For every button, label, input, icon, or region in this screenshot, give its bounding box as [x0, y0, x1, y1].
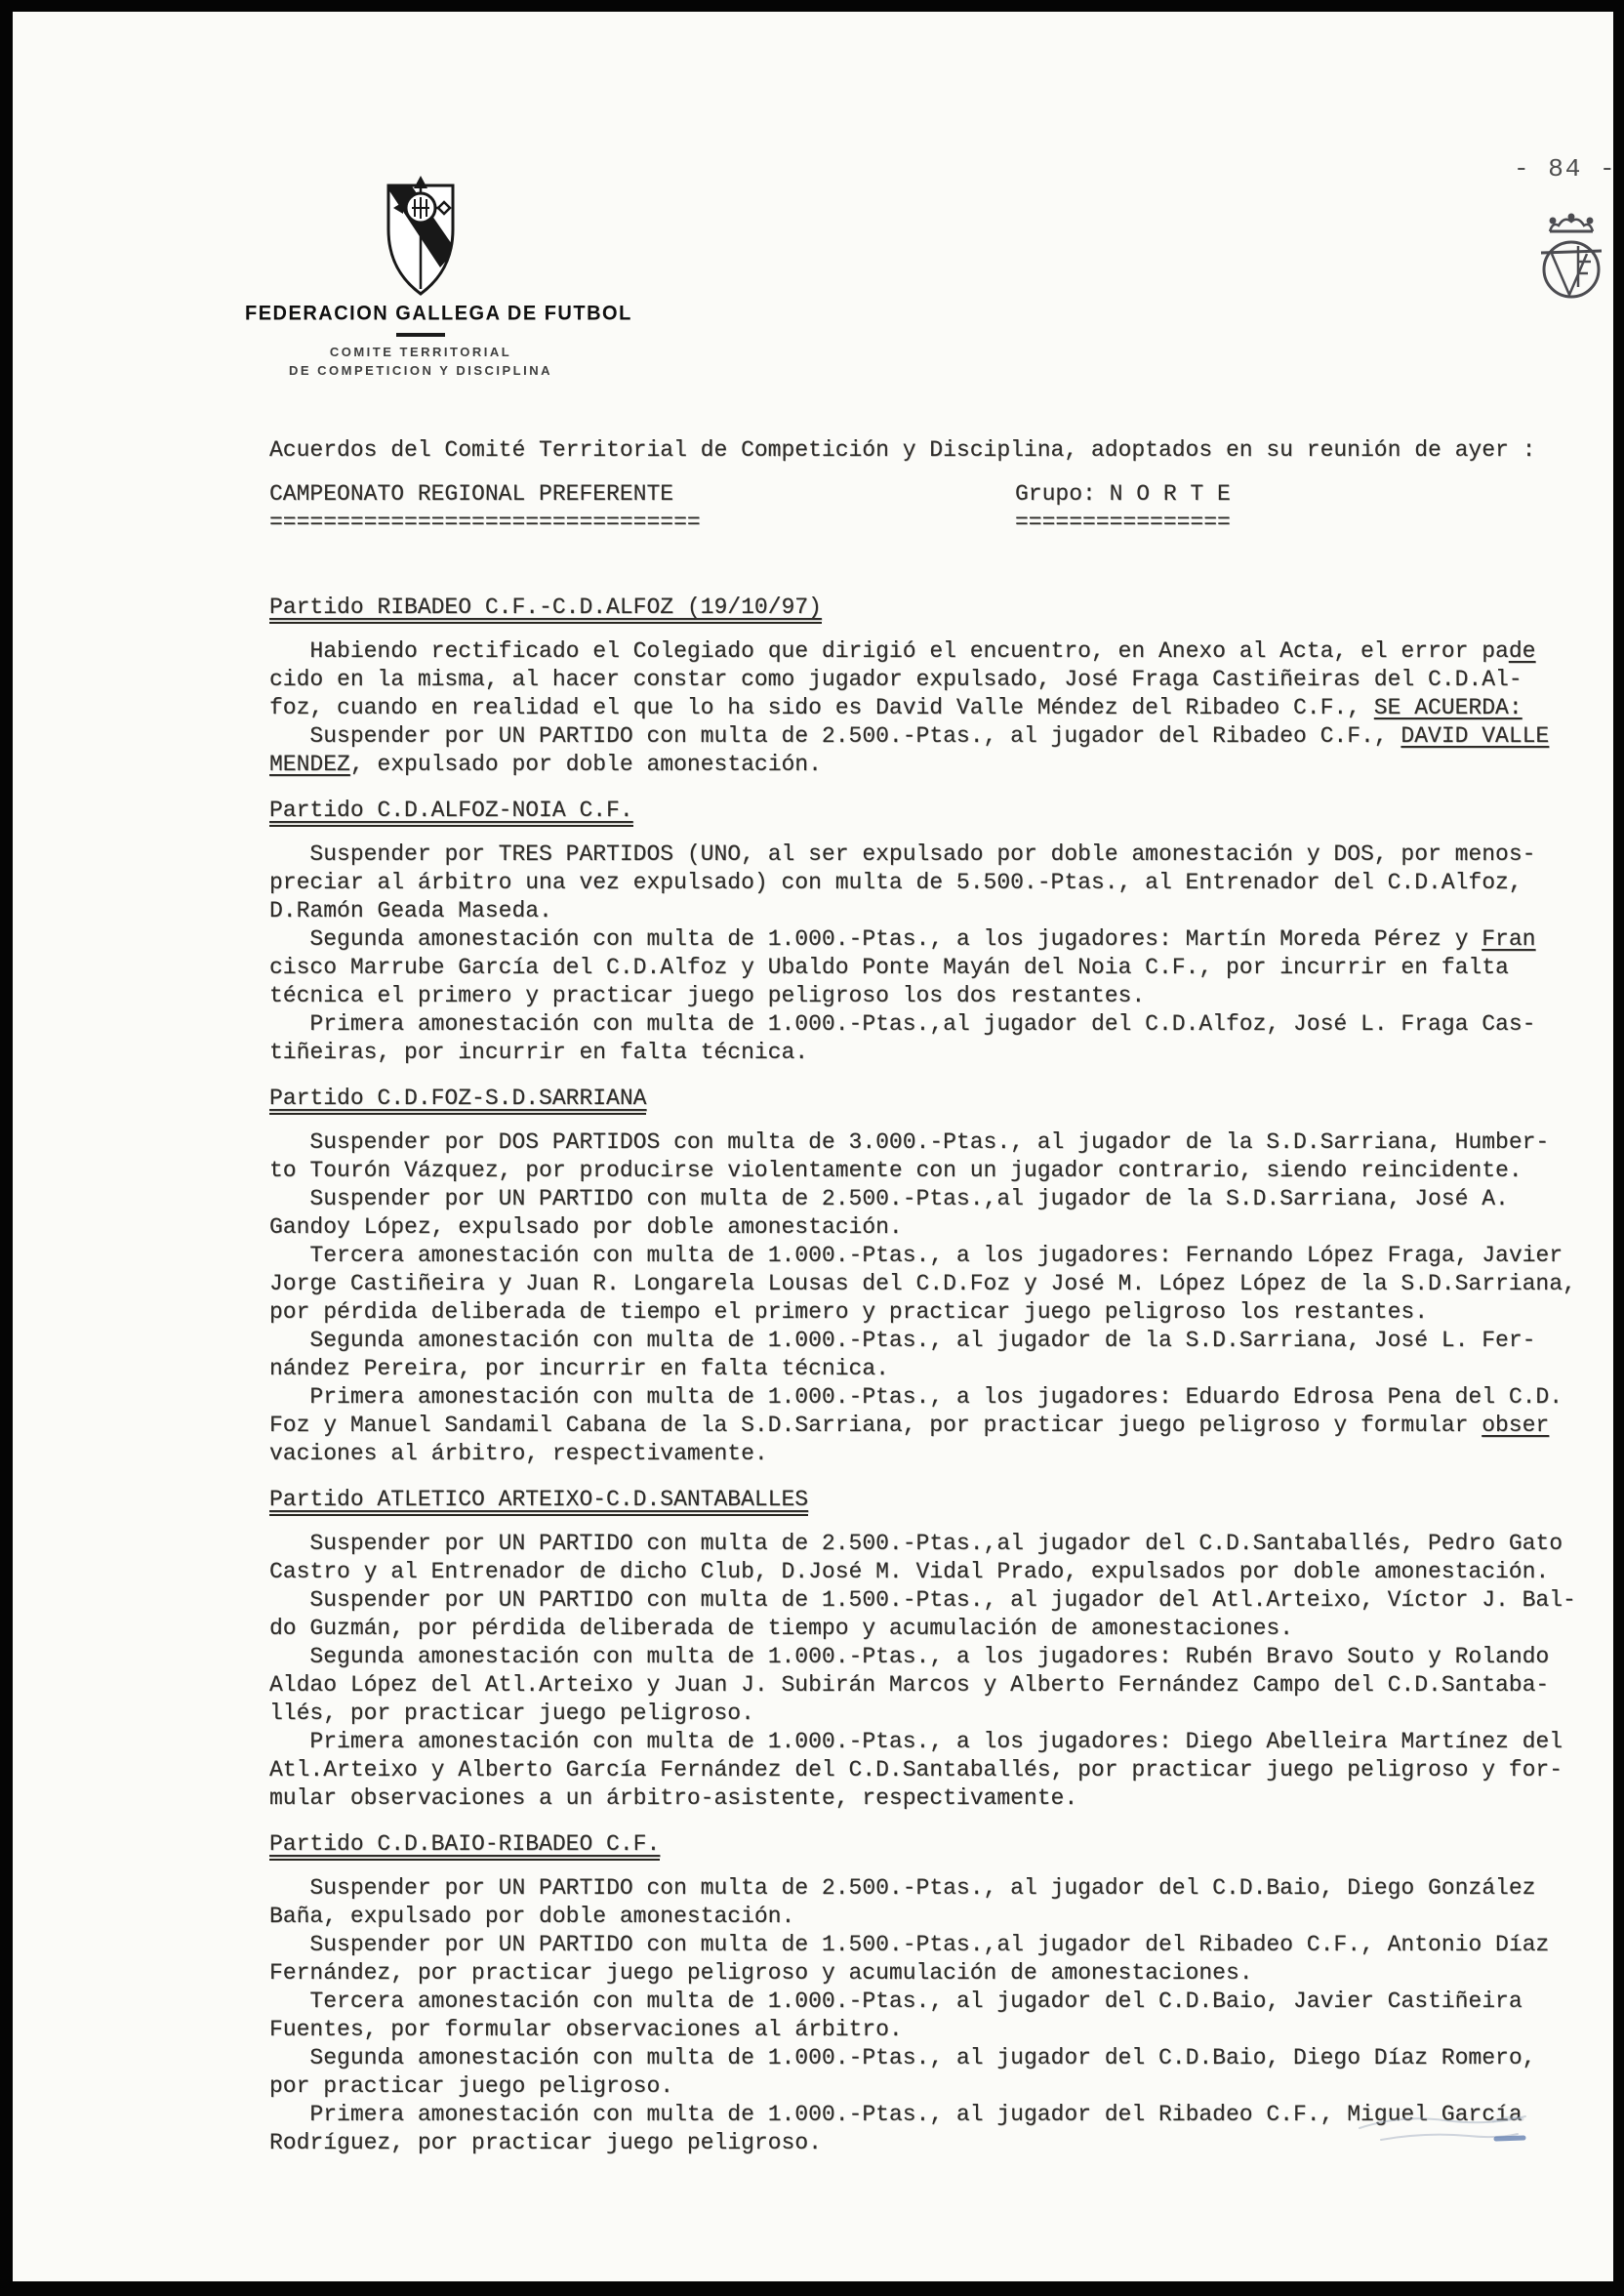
text-segment: Segunda amonestación con multa de 1.000.… — [269, 1328, 1535, 1381]
text-segment: Suspender por UN PARTIDO con multa de 2.… — [269, 1531, 1563, 1584]
text-segment: vaciones al árbitro, respectivamente. — [269, 1441, 768, 1466]
committee-line1: COMITE TERRITORIAL — [245, 345, 596, 359]
committee-line2: DE COMPETICION Y DISCIPLINA — [245, 363, 596, 378]
sanction-paragraph: Suspender por UN PARTIDO con multa de 2.… — [269, 1530, 1597, 1586]
sanction-paragraph: Segunda amonestación con multa de 1.000.… — [269, 1643, 1597, 1728]
letterhead: FEDERACION GALLEGA DE FUTBOL COMITE TERR… — [245, 176, 596, 378]
group-label: Grupo: N O R T E — [1015, 480, 1231, 509]
sanction-paragraph: Suspender por UN PARTIDO con multa de 2.… — [269, 722, 1597, 779]
sanction-paragraph: Segunda amonestación con multa de 1.000.… — [269, 2044, 1597, 2101]
text-segment: Suspender por UN PARTIDO con multa de 1.… — [269, 1932, 1549, 1986]
intro-paragraph: Acuerdos del Comité Territorial de Compe… — [269, 436, 1597, 465]
text-segment: Primera amonestación con multa de 1.000.… — [269, 1384, 1563, 1438]
text-segment: Fran — [1482, 926, 1535, 952]
text-segment: Suspender por UN PARTIDO con multa de 1.… — [269, 1587, 1576, 1641]
championship-name-block: CAMPEONATO REGIONAL PREFERENTE =========… — [269, 480, 701, 537]
page-number: - 84 - — [1514, 154, 1613, 184]
sanction-paragraph: Suspender por UN PARTIDO con multa de 1.… — [269, 1586, 1597, 1643]
match-heading: Partido RIBADEO C.F.-C.D.ALFOZ (19/10/97… — [269, 594, 822, 624]
sanction-paragraph: Suspender por UN PARTIDO con multa de 2.… — [269, 1874, 1597, 1931]
championship-row: CAMPEONATO REGIONAL PREFERENTE =========… — [269, 480, 1597, 576]
text-segment: Segunda amonestación con multa de 1.000.… — [269, 926, 1482, 952]
text-segment: Suspender por UN PARTIDO con multa de 2.… — [269, 723, 1401, 749]
sanction-paragraph: Tercera amonestación con multa de 1.000.… — [269, 1988, 1597, 2044]
federation-shield-icon — [382, 176, 460, 297]
text-segment: Primera amonestación con multa de 1.000.… — [269, 2102, 1522, 2155]
sanction-paragraph: Tercera amonestación con multa de 1.000.… — [269, 1242, 1597, 1327]
match-heading: Partido ATLETICO ARTEIXO-C.D.SANTABALLES — [269, 1486, 808, 1516]
sanction-paragraph: Suspender por UN PARTIDO con multa de 1.… — [269, 1931, 1597, 1988]
text-segment: Primera amonestación con multa de 1.000.… — [269, 1011, 1535, 1065]
text-segment: Suspender por TRES PARTIDOS (UNO, al ser… — [269, 841, 1535, 923]
letterhead-divider — [396, 333, 445, 337]
text-segment: Suspender por UN PARTIDO con multa de 2.… — [269, 1186, 1509, 1240]
text-segment: SE ACUERDA: — [1374, 695, 1522, 720]
sanction-paragraph: Suspender por TRES PARTIDOS (UNO, al ser… — [269, 840, 1597, 925]
text-segment: cisco Marrube García del C.D.Alfoz y Uba… — [269, 955, 1509, 1008]
sanction-paragraph: Primera amonestación con multa de 1.000.… — [269, 1383, 1597, 1468]
sanction-paragraph: Primera amonestación con multa de 1.000.… — [269, 1728, 1597, 1813]
sanction-paragraph: Suspender por DOS PARTIDOS con multa de … — [269, 1128, 1597, 1185]
text-segment: Segunda amonestación con multa de 1.000.… — [269, 1644, 1549, 1726]
text-segment: , expulsado por doble amonestación. — [350, 752, 822, 777]
text-segment: cido en la misma, al hacer constar como … — [269, 667, 1522, 720]
pencil-smudge — [1352, 2107, 1557, 2153]
sanction-paragraph: Primera amonestación con multa de 1.000.… — [269, 1010, 1597, 1067]
match-section: Partido C.D.FOZ-S.D.SARRIANA Suspender p… — [269, 1067, 1597, 1468]
sanction-paragraph: Segunda amonestación con multa de 1.000.… — [269, 925, 1597, 1010]
sanction-paragraph: Suspender por UN PARTIDO con multa de 2.… — [269, 1185, 1597, 1242]
text-segment: Primera amonestación con multa de 1.000.… — [269, 1729, 1563, 1811]
sanction-paragraph: Segunda amonestación con multa de 1.000.… — [269, 1327, 1597, 1383]
royal-crest-icon — [1537, 209, 1605, 308]
text-segment: de — [1509, 638, 1536, 664]
text-segment: obser — [1482, 1413, 1549, 1438]
document-body: Acuerdos del Comité Territorial de Compe… — [269, 436, 1597, 2157]
match-heading: Partido C.D.BAIO-RIBADEO C.F. — [269, 1830, 660, 1861]
text-segment: Suspender por DOS PARTIDOS con multa de … — [269, 1129, 1549, 1183]
group-underline: ================ — [1015, 509, 1231, 537]
championship-name: CAMPEONATO REGIONAL PREFERENTE — [269, 480, 701, 509]
document-page: FEDERACION GALLEGA DE FUTBOL COMITE TERR… — [13, 12, 1613, 2281]
match-heading: Partido C.D.FOZ-S.D.SARRIANA — [269, 1085, 646, 1115]
text-segment: Tercera amonestación con multa de 1.000.… — [269, 1243, 1576, 1325]
org-name: FEDERACION GALLEGA DE FUTBOL — [245, 302, 596, 326]
match-heading: Partido C.D.ALFOZ-NOIA C.F. — [269, 797, 633, 827]
sanction-paragraph: Habiendo rectificado el Colegiado que di… — [269, 637, 1597, 722]
match-section: Partido RIBADEO C.F.-C.D.ALFOZ (19/10/97… — [269, 576, 1597, 779]
text-segment: Habiendo rectificado el Colegiado que di… — [269, 638, 1509, 664]
match-section: Partido C.D.ALFOZ-NOIA C.F. Suspender po… — [269, 779, 1597, 1067]
text-segment: Segunda amonestación con multa de 1.000.… — [269, 2045, 1535, 2099]
text-segment: Tercera amonestación con multa de 1.000.… — [269, 1988, 1522, 2042]
text-segment: Suspender por UN PARTIDO con multa de 2.… — [269, 1875, 1535, 1929]
group-block: Grupo: N O R T E ================ — [1015, 480, 1231, 537]
match-section: Partido ATLETICO ARTEIXO-C.D.SANTABALLES… — [269, 1468, 1597, 1813]
championship-underline: ================================ — [269, 509, 701, 537]
